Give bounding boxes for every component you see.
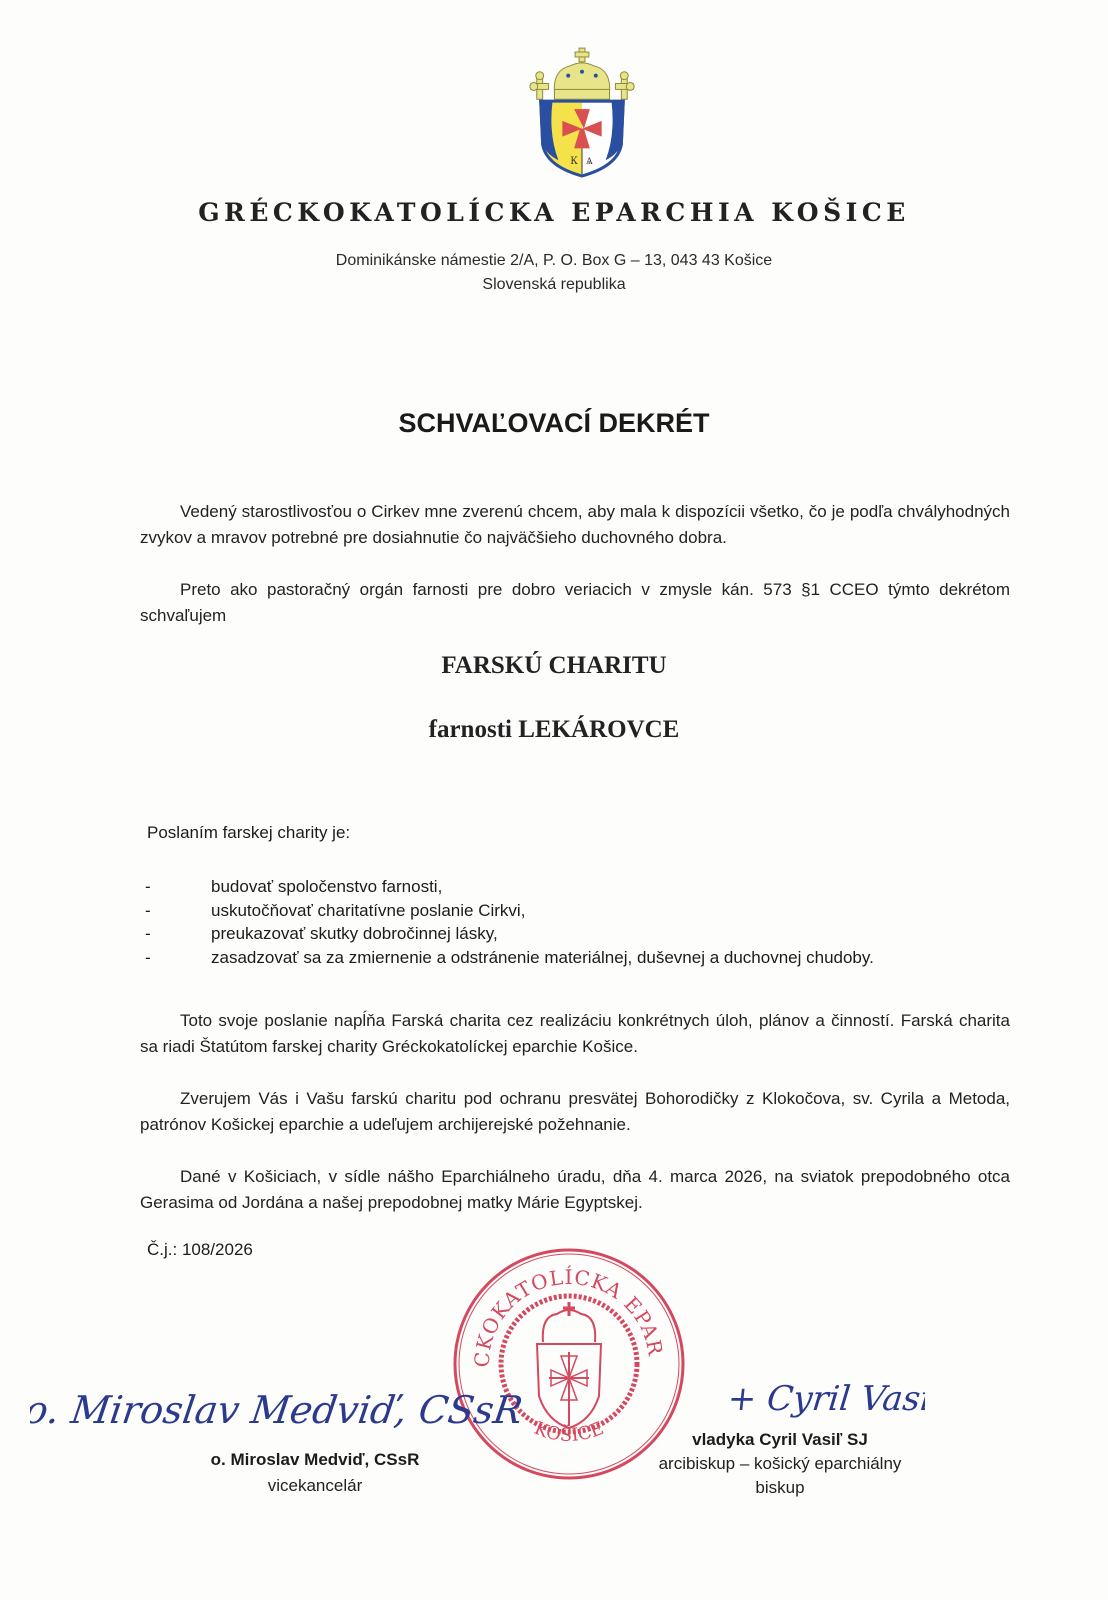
paragraph-blessing: Zverujem Vás i Vašu farskú charitu pod o… bbox=[140, 1086, 1010, 1138]
paragraph-mission: Toto svoje poslanie napĺňa Farská charit… bbox=[140, 1008, 1010, 1060]
signatory-right-name: vladyka Cyril Vasiľ SJ bbox=[640, 1430, 920, 1450]
address-line: Dominikánske námestie 2/A, P. O. Box G –… bbox=[100, 252, 1008, 270]
reference-number: Č.j.: 108/2026 bbox=[147, 1240, 253, 1260]
svg-text:Ѧ: Ѧ bbox=[586, 156, 594, 167]
signature-archbishop: + Cyril Vasiľ bbox=[725, 1350, 925, 1430]
signatory-left-name: o. Miroslav Medviď, CSsR bbox=[170, 1450, 460, 1470]
list-item: -zasadzovať sa za zmiernenie a odstránen… bbox=[145, 946, 874, 970]
list-item: -uskutočňovať charitatívne poslanie Cirk… bbox=[145, 899, 874, 923]
mission-list: -budovať spoločenstvo farnosti, -uskutoč… bbox=[145, 875, 874, 969]
heading-parish: farnosti LEKÁROVCE bbox=[0, 716, 1108, 744]
paragraph-date: Dané v Košiciach, v sídle nášho Eparchiá… bbox=[140, 1164, 1010, 1216]
signature-vicechancellor: o. Miroslav Medviď, CSsR bbox=[30, 1375, 530, 1445]
signatory-right-role: arcibiskup – košický eparchiálny bbox=[620, 1454, 940, 1474]
organization-name: GRÉCKOKATOLÍCKA EPARCHIA KOŠICE bbox=[150, 198, 958, 227]
paragraph-intro: Vedený starostlivosťou o Cirkev mne zver… bbox=[140, 499, 1010, 551]
document-title: SCHVAĽOVACÍ DEKRÉT bbox=[0, 408, 1108, 439]
list-item: -preukazovať skutky dobročinnej lásky, bbox=[145, 922, 874, 946]
svg-text:+ Cyril Vasiľ: + Cyril Vasiľ bbox=[726, 1379, 925, 1419]
heading-charity: FARSKÚ CHARITU bbox=[0, 652, 1108, 680]
paragraph-approval: Preto ako pastoračný orgán farnosti pre … bbox=[140, 577, 1010, 629]
list-item: -budovať spoločenstvo farnosti, bbox=[145, 875, 874, 899]
signatory-left-role: vicekancelár bbox=[170, 1476, 460, 1496]
eparchy-coat-of-arms-icon: К Ѧ bbox=[523, 46, 641, 180]
signatory-right-role-cont: biskup bbox=[620, 1478, 940, 1498]
svg-text:o. Miroslav Medviď, CSsR: o. Miroslav Medviď, CSsR bbox=[30, 1389, 525, 1433]
address-country: Slovenská republika bbox=[100, 276, 1008, 294]
mission-intro: Poslaním farskej charity je: bbox=[147, 823, 350, 843]
svg-text:К: К bbox=[570, 156, 578, 167]
